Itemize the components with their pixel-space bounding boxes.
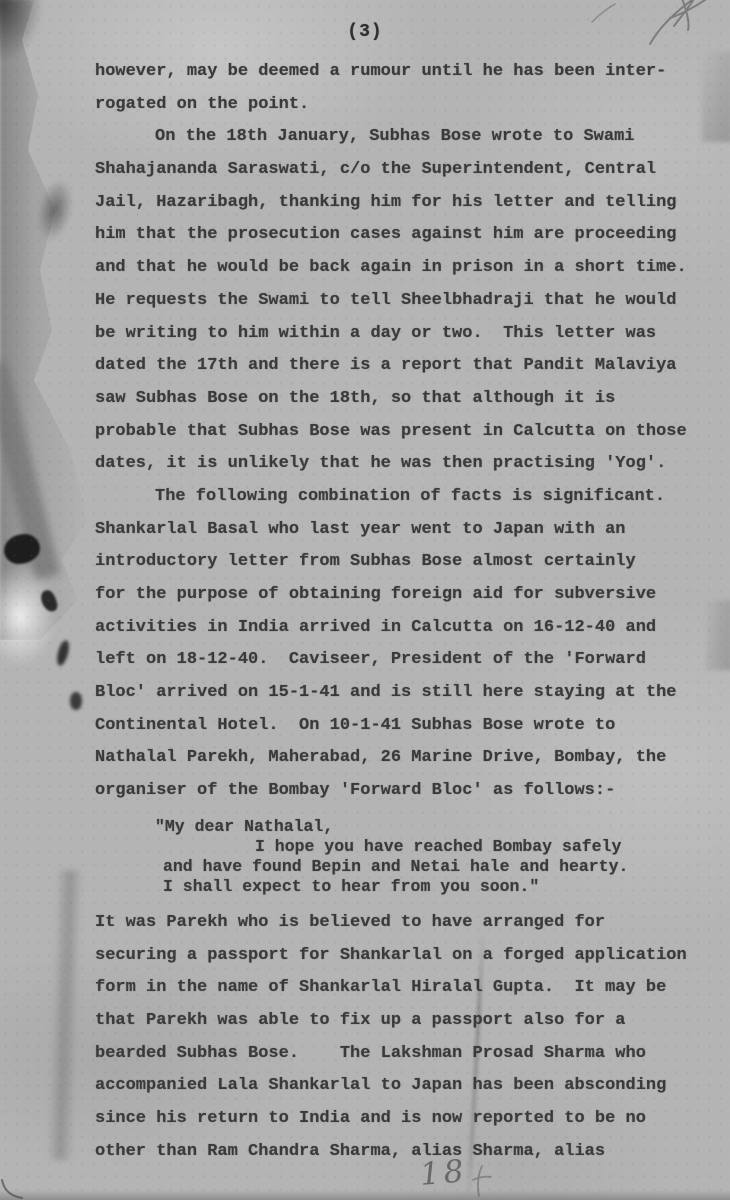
- text-line: securing a passport for Shankarlal on a …: [95, 940, 700, 973]
- text-line: Bloc' arrived on 15-1-41 and is still he…: [95, 677, 700, 710]
- text-line: bearded Subhas Bose. The Lakshman Prosad…: [95, 1038, 700, 1071]
- text-line: I hope you have reached Bombay safely: [95, 837, 700, 857]
- text-line: dated the 17th and there is a report tha…: [95, 350, 700, 383]
- text-line: other than Ram Chandra Sharma, alias Sha…: [95, 1136, 700, 1169]
- paper-crease: [47, 870, 83, 1161]
- document-page: (3) however, may be deemed a rumour unti…: [0, 0, 730, 1200]
- page-number: (3): [0, 22, 730, 42]
- paper-dark-spot: [70, 692, 82, 710]
- bottom-edge-shadow: [0, 1190, 730, 1200]
- text-line: for the purpose of obtaining foreign aid…: [95, 579, 700, 612]
- paper-dark-spot: [55, 639, 71, 667]
- text-line: dates, it is unlikely that he was then p…: [95, 448, 700, 481]
- text-line: rogated on the point.: [95, 89, 700, 122]
- text-line: accompanied Lala Shankarlal to Japan has…: [95, 1070, 700, 1103]
- text-line: however, may be deemed a rumour until he…: [95, 56, 700, 89]
- document-text: however, may be deemed a rumour until he…: [95, 56, 700, 1168]
- text-line: introductory letter from Subhas Bose alm…: [95, 546, 700, 579]
- torn-right-edge: [706, 600, 730, 670]
- text-line: I shall expect to hear from you soon.": [95, 877, 700, 897]
- text-line: Shahajananda Saraswati, c/o the Superint…: [95, 154, 700, 187]
- handwritten-page-number: 18: [419, 1153, 469, 1193]
- text-line: Shankarlal Basal who last year went to J…: [95, 514, 700, 547]
- text-line: probable that Subhas Bose was present in…: [95, 416, 700, 449]
- text-line: It was Parekh who is believed to have ar…: [95, 907, 700, 940]
- text-line: and have found Bepin and Netai hale and …: [95, 857, 700, 877]
- text-line: Continental Hotel. On 10-1-41 Subhas Bos…: [95, 710, 700, 743]
- text-line: that Parekh was able to fix up a passpor…: [95, 1005, 700, 1038]
- text-line: The following combination of facts is si…: [95, 481, 700, 514]
- pencil-hook-icon: [0, 1176, 36, 1200]
- text-line: He requests the Swami to tell Sheelbhadr…: [95, 285, 700, 318]
- text-line: be writing to him within a day or two. T…: [95, 318, 700, 351]
- torn-right-edge: [702, 52, 730, 142]
- text-line: form in the name of Shankarlal Hiralal G…: [95, 972, 700, 1005]
- text-line: left on 18-12-40. Caviseer, President of…: [95, 644, 700, 677]
- text-line: Nathalal Parekh, Maherabad, 26 Marine Dr…: [95, 742, 700, 775]
- text-line: since his return to India and is now rep…: [95, 1103, 700, 1136]
- text-line: activities in India arrived in Calcutta …: [95, 612, 700, 645]
- text-line: On the 18th January, Subhas Bose wrote t…: [95, 121, 700, 154]
- text-line: saw Subhas Bose on the 18th, so that alt…: [95, 383, 700, 416]
- text-line: Jail, Hazaribagh, thanking him for his l…: [95, 187, 700, 220]
- text-line: and that he would be back again in priso…: [95, 252, 700, 285]
- text-line: "My dear Nathalal,: [95, 817, 700, 837]
- torn-white-patch: [0, 566, 56, 666]
- text-line: him that the prosecution cases against h…: [95, 219, 700, 252]
- text-line: organiser of the Bombay 'Forward Bloc' a…: [95, 775, 700, 808]
